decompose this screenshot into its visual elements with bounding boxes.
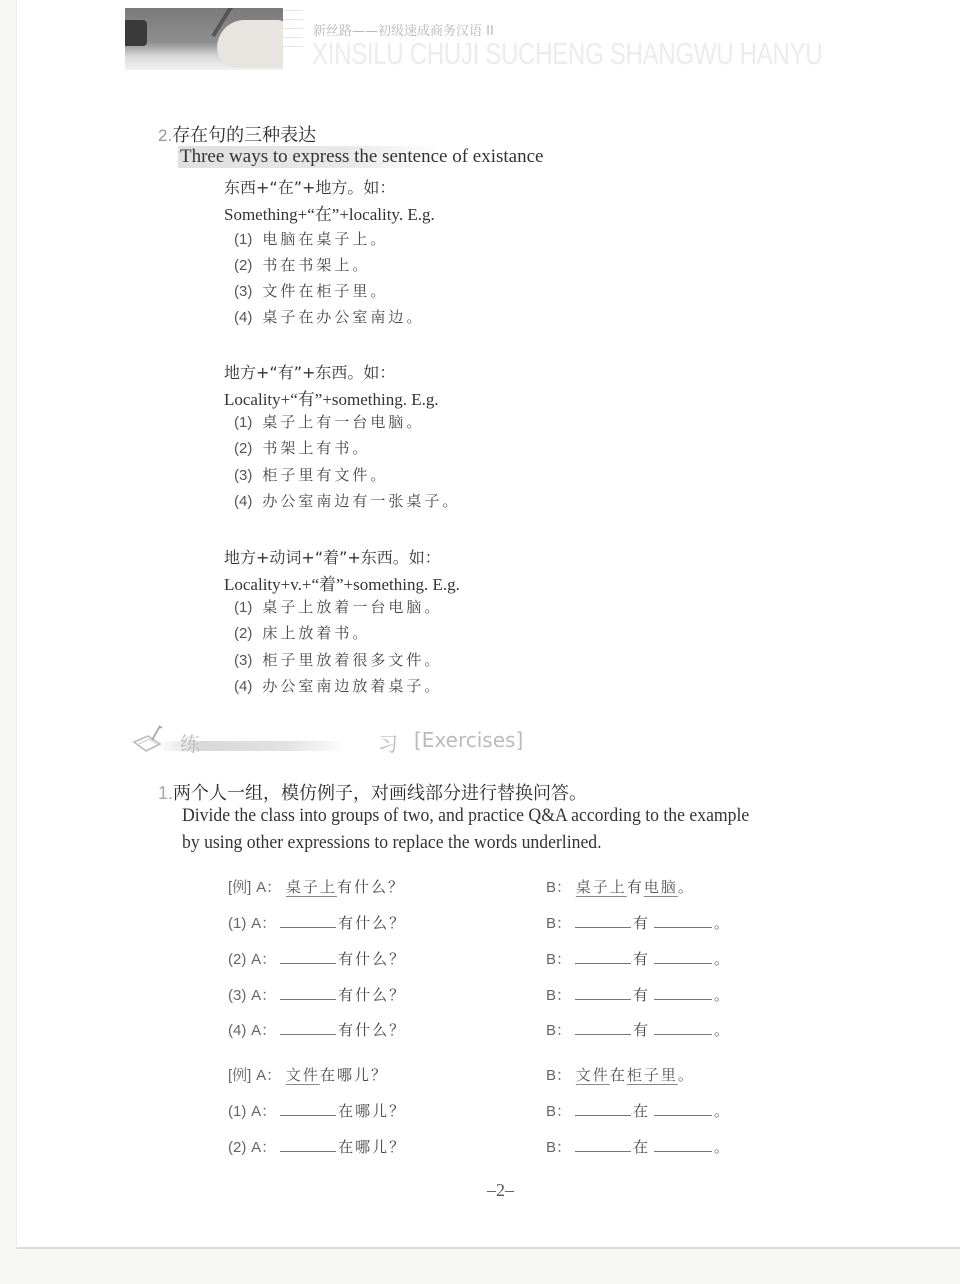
fill-in-blank[interactable] (654, 1114, 712, 1116)
question-text: 在哪儿？ (320, 1066, 388, 1084)
row-number: (1) (228, 1103, 246, 1120)
pattern-3-example: (1)桌子上放着一台电脑。 (234, 596, 442, 617)
question-text: 有什么？ (338, 950, 406, 968)
practice-row-answer: B：在。 (546, 1136, 731, 1157)
example-text: 床上放着书。 (262, 624, 370, 642)
pattern-1-example: (2)书在书架上。 (234, 254, 370, 275)
question-text: 有什么？ (338, 986, 406, 1004)
example-question-a: [例] A： 桌子上有什么？ (228, 876, 405, 897)
speaker-a-label: A： (251, 1103, 276, 1120)
practice-row-answer: B：有。 (546, 948, 731, 969)
example-number: (4) (234, 493, 252, 510)
page-sheet (16, 0, 960, 1249)
answer-end: 。 (714, 1138, 731, 1156)
section-title-cn: 存在句的三种表达 (172, 125, 316, 146)
speaker-a-label: A： (256, 879, 281, 896)
book-title-pinyin: XINSILU CHUJI SUCHENG SHANGWU HANYU (312, 36, 822, 72)
example-number: (2) (234, 440, 252, 457)
speaker-a-label: A： (251, 1022, 276, 1039)
fill-in-blank[interactable] (654, 962, 712, 964)
header-photo-hand (217, 20, 283, 68)
underlined-phrase: 柜子里 (627, 1066, 678, 1084)
fill-in-blank[interactable] (575, 1114, 631, 1116)
practice-row-question: (1) A：在哪儿？ (228, 1100, 406, 1121)
exercise-1-instruction-line-1: Divide the class into groups of two, and… (182, 805, 749, 827)
pattern-1-formula-en: Something+“在”+locality. E.g. (224, 200, 435, 225)
header-decoration-lines (283, 10, 303, 50)
pattern-3-example: (3)柜子里放着很多文件。 (234, 649, 442, 670)
answer-verb: 在 (633, 1138, 650, 1156)
practice-row-question: (2) A：在哪儿？ (228, 1136, 406, 1157)
pattern-2-formula-cn: 地方+“有”+东西。如： (224, 360, 395, 383)
example-question-a: [例] A： 文件在哪儿？ (228, 1064, 388, 1085)
fill-in-blank[interactable] (280, 1033, 336, 1035)
underlined-phrase: 桌子上 (286, 878, 337, 896)
practice-row-question: (3) A：有什么？ (228, 984, 406, 1005)
practice-row-answer: B：在。 (546, 1100, 731, 1121)
example-text: 桌子在办公室南边。 (262, 308, 424, 326)
underlined-phrase: 文件 (286, 1066, 320, 1084)
row-number: (4) (228, 1022, 246, 1039)
example-text: 办公室南边放着桌子。 (262, 677, 442, 695)
fill-in-blank[interactable] (575, 962, 631, 964)
speaker-a-label: A： (251, 987, 276, 1004)
example-text: 办公室南边有一张桌子。 (262, 492, 460, 510)
answer-verb: 有 (633, 1021, 650, 1039)
speaker-b-label: B： (546, 951, 571, 968)
example-text: 书架上有书。 (262, 439, 370, 457)
answer-verb: 有 (627, 878, 644, 896)
question-text: 有什么？ (337, 878, 405, 896)
question-text: 有什么？ (338, 1021, 406, 1039)
fill-in-blank[interactable] (575, 998, 631, 1000)
example-text: 桌子上有一台电脑。 (262, 413, 424, 431)
answer-end: 。 (714, 986, 731, 1004)
fill-in-blank[interactable] (575, 1150, 631, 1152)
example-number: (2) (234, 625, 252, 642)
speaker-b-label: B： (546, 1067, 571, 1084)
answer-end: 。 (714, 1021, 731, 1039)
speaker-b-label: B： (546, 1022, 571, 1039)
example-number: (1) (234, 414, 252, 431)
answer-end: 。 (714, 1102, 731, 1120)
fill-in-blank[interactable] (575, 926, 631, 928)
practice-row-question: (1) A：有什么？ (228, 912, 406, 933)
pattern-1-example: (3)文件在柜子里。 (234, 280, 388, 301)
practice-row-answer: B：有。 (546, 912, 731, 933)
answer-end: 。 (714, 950, 731, 968)
fill-in-blank[interactable] (280, 926, 336, 928)
speaker-a-label: A： (251, 951, 276, 968)
exercises-title-cn-1: 练 (180, 728, 200, 757)
row-number: (2) (228, 951, 246, 968)
exercises-banner: 练 习 [Exercises] (130, 722, 430, 756)
pattern-1-example: (1)电脑在桌子上。 (234, 228, 388, 249)
row-number: (2) (228, 1139, 246, 1156)
example-number: (4) (234, 678, 252, 695)
pattern-3-formula-en: Locality+v.+“着”+something. E.g. (224, 570, 460, 595)
section-title-en: Three ways to express the sentence of ex… (178, 146, 546, 168)
example-answer-b: B： 文件在柜子里。 (546, 1064, 695, 1085)
question-text: 有什么？ (338, 914, 406, 932)
speaker-b-label: B： (546, 1103, 571, 1120)
fill-in-blank[interactable] (280, 962, 336, 964)
pattern-1-formula-cn: 东西+“在”+地方。如： (224, 175, 395, 198)
answer-verb: 有 (633, 950, 650, 968)
fill-in-blank[interactable] (654, 926, 712, 928)
section-title: 2.存在句的三种表达 (158, 121, 316, 147)
speaker-a-label: A： (251, 915, 276, 932)
practice-row-question: (4) A：有什么？ (228, 1019, 406, 1040)
speaker-b-label: B： (546, 1139, 571, 1156)
speaker-b-label: B： (546, 987, 571, 1004)
speaker-b-label: B： (546, 879, 571, 896)
fill-in-blank[interactable] (280, 1114, 336, 1116)
fill-in-blank[interactable] (280, 998, 336, 1000)
exercise-number: 1. (158, 783, 173, 803)
page-number: –2– (487, 1180, 514, 1201)
example-text: 桌子上放着一台电脑。 (262, 598, 442, 616)
example-text: 书在书架上。 (262, 256, 370, 274)
answer-verb: 在 (610, 1066, 627, 1084)
example-number: (1) (234, 231, 252, 248)
speaker-a-label: A： (256, 1067, 281, 1084)
header-photo-dark-object (125, 20, 147, 46)
answer-end: 。 (678, 878, 695, 896)
underlined-phrase: 桌子上 (576, 878, 627, 896)
example-number: (1) (234, 599, 252, 616)
exercises-title-cn-2: 习 (378, 728, 398, 757)
fill-in-blank[interactable] (654, 1033, 712, 1035)
example-number: (4) (234, 309, 252, 326)
question-text: 在哪儿？ (338, 1102, 406, 1120)
pattern-1-example: (4)桌子在办公室南边。 (234, 306, 424, 327)
pattern-2-formula-en: Locality+“有”+something. E.g. (224, 385, 439, 410)
practice-row-answer: B：有。 (546, 984, 731, 1005)
fill-in-blank[interactable] (654, 1150, 712, 1152)
pattern-2-example: (2)书架上有书。 (234, 437, 370, 458)
example-text: 柜子里有文件。 (262, 466, 388, 484)
exercise-1-instruction-line-2: by using other expressions to replace th… (182, 832, 602, 854)
pattern-3-example: (4)办公室南边放着桌子。 (234, 675, 442, 696)
exercises-title-en: [Exercises] (414, 728, 523, 752)
answer-verb: 在 (633, 1102, 650, 1120)
row-number: (3) (228, 987, 246, 1004)
question-text: 在哪儿？ (338, 1138, 406, 1156)
fill-in-blank[interactable] (280, 1150, 336, 1152)
answer-end: 。 (714, 914, 731, 932)
speaker-b-label: B： (546, 915, 571, 932)
header-photo-hand-writing (125, 8, 283, 70)
practice-row-answer: B：有。 (546, 1019, 731, 1040)
example-number: (3) (234, 467, 252, 484)
example-answer-b: B： 桌子上有电脑。 (546, 876, 695, 897)
example-text: 电脑在桌子上。 (262, 230, 388, 248)
underlined-phrase: 电脑 (644, 878, 678, 896)
pattern-2-example: (1)桌子上有一台电脑。 (234, 411, 424, 432)
pattern-3-example: (2)床上放着书。 (234, 622, 370, 643)
example-number: (3) (234, 283, 252, 300)
example-label: [例] (228, 1067, 251, 1084)
row-number: (1) (228, 915, 246, 932)
section-number: 2. (158, 126, 172, 145)
pattern-3-formula-cn: 地方+动词+“着”+东西。如： (224, 545, 441, 568)
answer-verb: 有 (633, 914, 650, 932)
example-number: (2) (234, 257, 252, 274)
answer-end: 。 (678, 1066, 695, 1084)
underlined-phrase: 文件 (576, 1066, 610, 1084)
answer-verb: 有 (633, 986, 650, 1004)
speaker-a-label: A： (251, 1139, 276, 1156)
exercise-1-title-cn: 两个人一组，模仿例子，对画线部分进行替换问答。 (173, 783, 587, 804)
fill-in-blank[interactable] (654, 998, 712, 1000)
fill-in-blank[interactable] (575, 1033, 631, 1035)
pattern-2-example: (4)办公室南边有一张桌子。 (234, 490, 460, 511)
example-text: 文件在柜子里。 (262, 282, 388, 300)
example-number: (3) (234, 652, 252, 669)
example-label: [例] (228, 879, 251, 896)
pencil-notebook-icon (130, 724, 170, 754)
practice-row-question: (2) A：有什么？ (228, 948, 406, 969)
example-text: 柜子里放着很多文件。 (262, 651, 442, 669)
exercise-1-title: 1.两个人一组，模仿例子，对画线部分进行替换问答。 (158, 779, 587, 805)
pattern-2-example: (3)柜子里有文件。 (234, 464, 388, 485)
